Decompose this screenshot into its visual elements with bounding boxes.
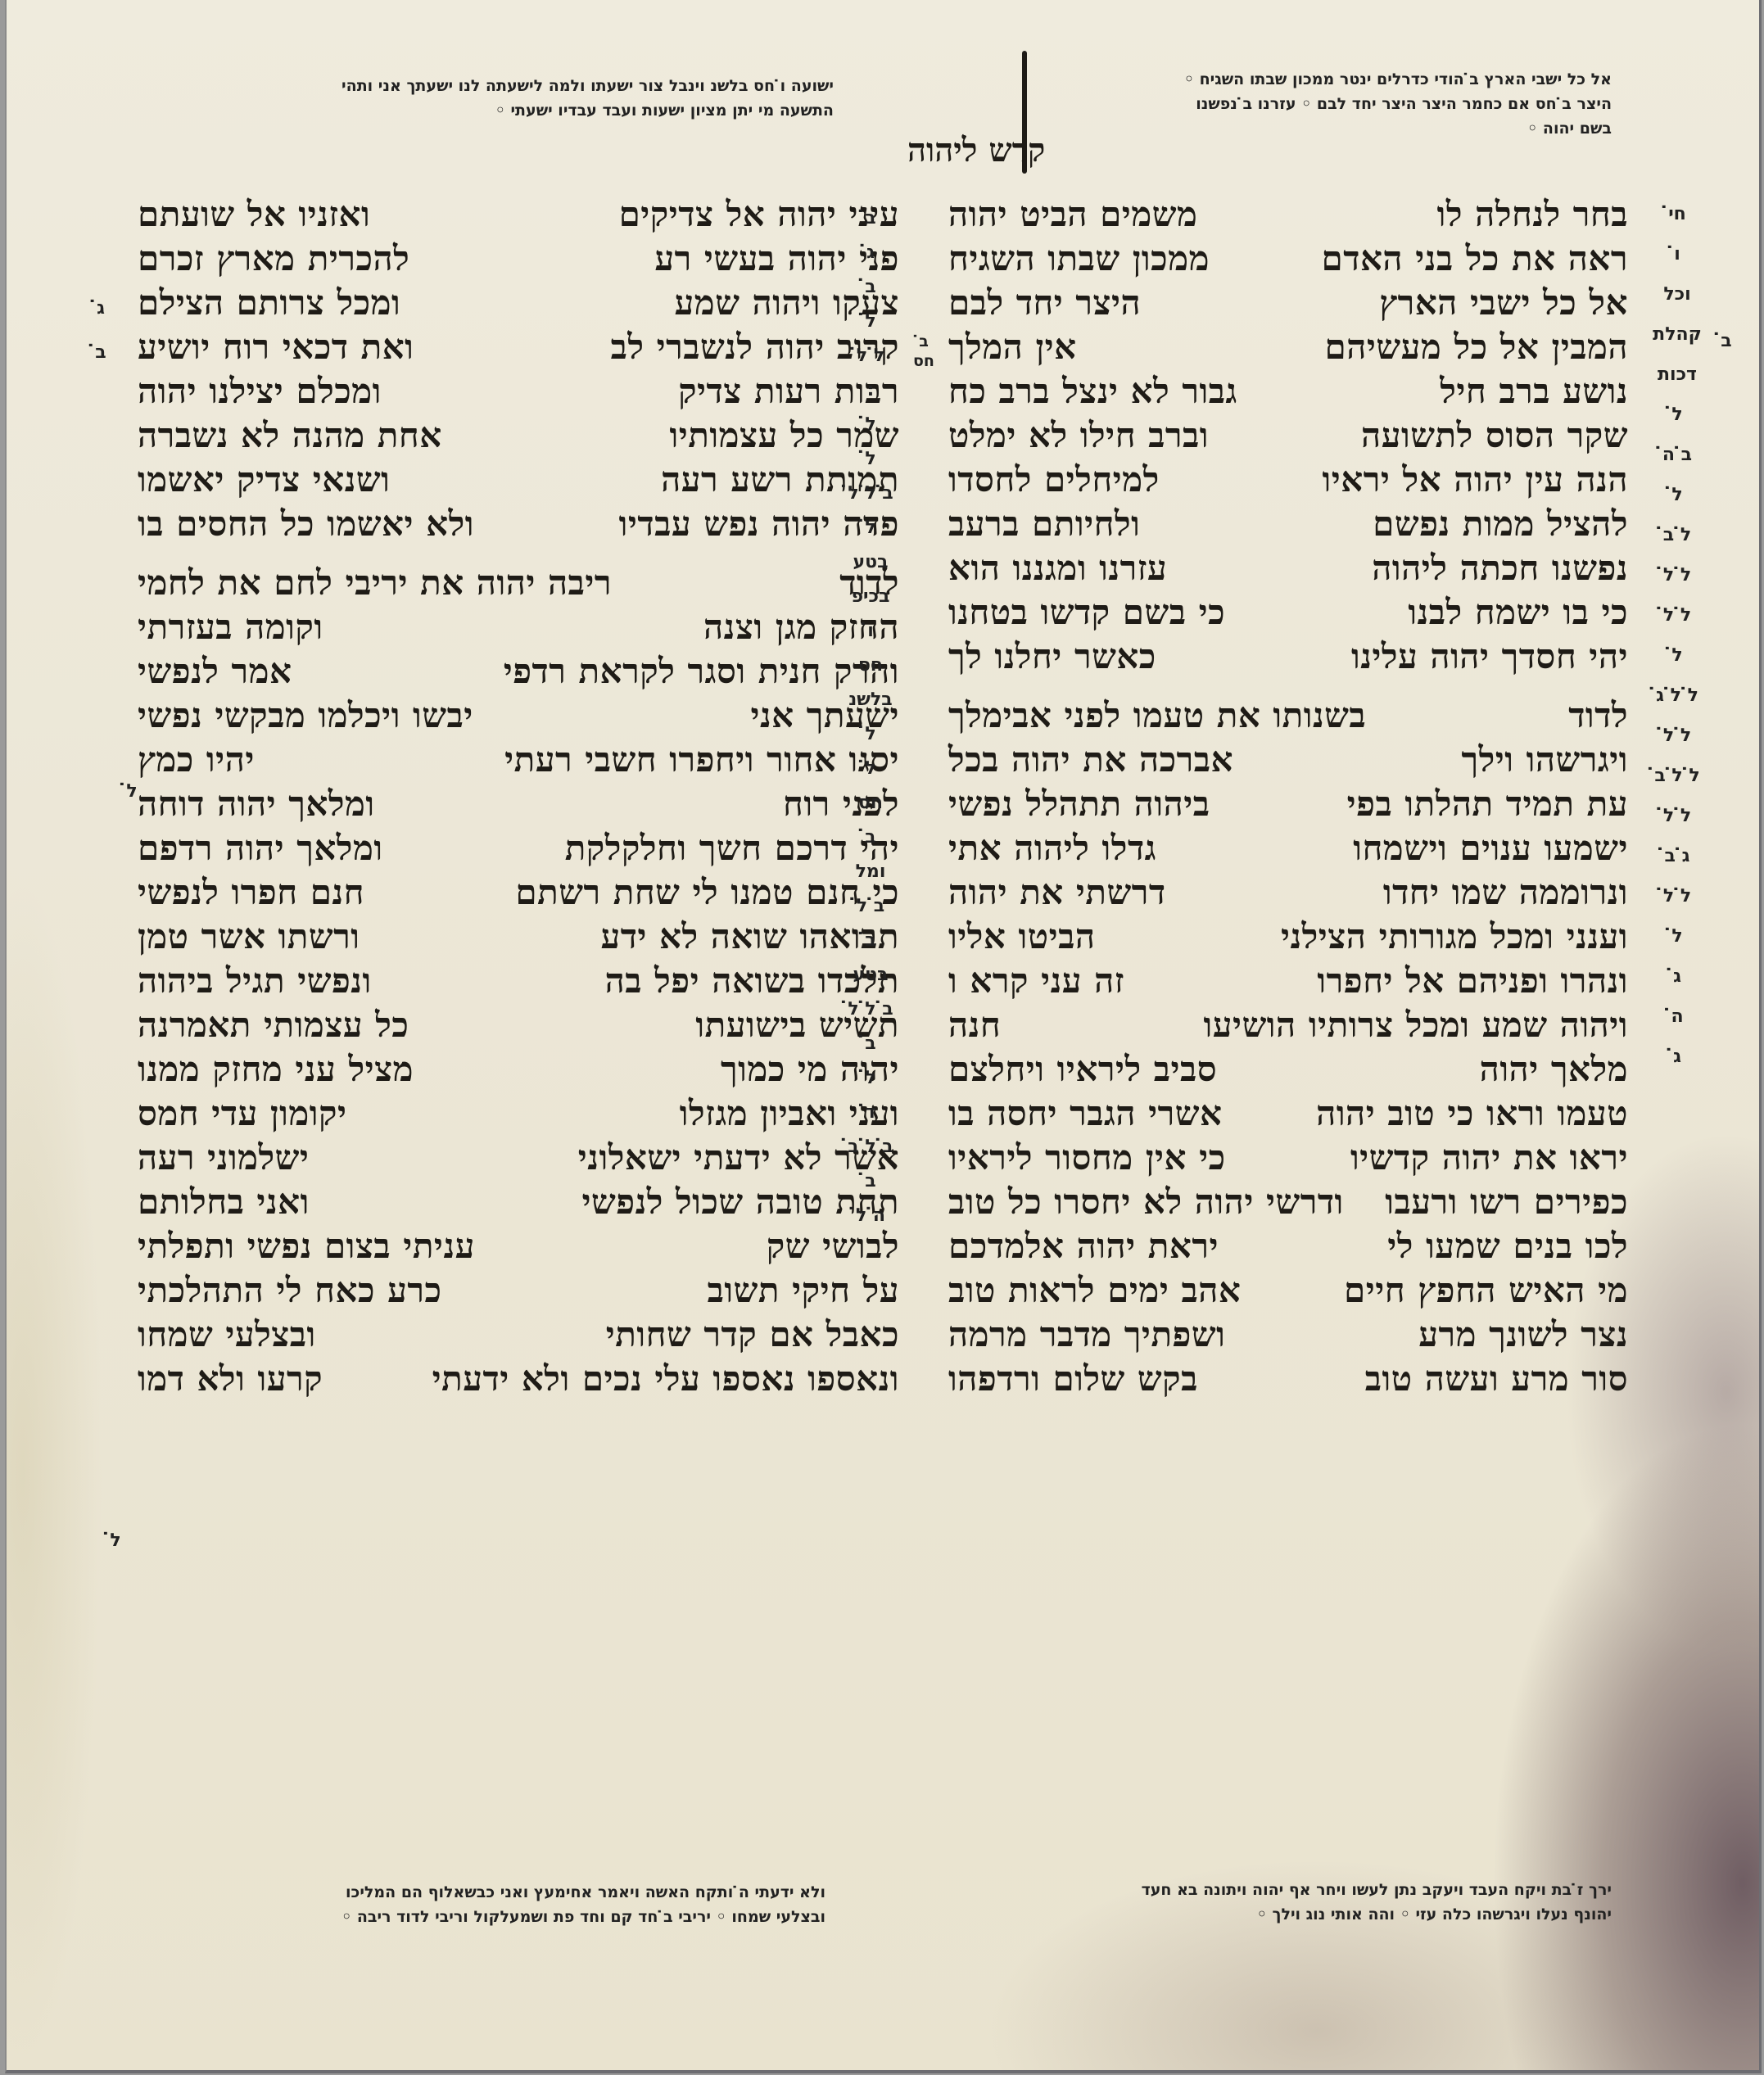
hemistich-first: נושע ברב חיל [1440,369,1628,414]
hemistich-first: טעמו וראו כי טוב יהוה [1316,1092,1628,1136]
masorah-top-right: אל כל ישבי הארץ ב̇ הודי כדרלים ינטר ממכו… [989,67,1612,141]
hemistich-first: לדוד [1568,694,1628,738]
hemistich-second: זה עני קרא ו [948,959,1124,1003]
verse-line: שקר הסוס לתשועהוברב חילו לא ימלט [948,414,1628,458]
masorah-line: ירך ז̇ בת ויקח העבד ויעקב נתן לעשו ויחר … [957,1878,1612,1902]
hemistich-second: עזרנו ומגננו הוא [948,546,1167,590]
hemistich-second: יקומון עדי חמס [138,1092,346,1136]
hemistich-second: אחת מהנה לא נשברה [138,414,442,458]
hemistich-second: ומלאך יהוה דוחה [138,782,375,826]
hemistich-second: ושפתיך מדבר מרמה [948,1313,1225,1357]
verse-line: יסגו אחור ויחפרו חשבי רעתייהיו כמץ [138,738,899,782]
hemistich-first: מי האיש החפץ חיים [1344,1268,1628,1313]
hemistich-first: ראה את כל בני האדם [1322,237,1628,281]
hemistich-first: כאבל אם קדר שחותי [606,1313,899,1357]
margin-note: חס [907,351,940,371]
margin-note: ב̇ [834,278,907,312]
masorah-line: היצר ב̇ חס אם כחמר היצר היצר יחד לבם ◦ ע… [989,92,1612,116]
hemistich-first: המבין אל כל מעשיהם [1325,325,1628,369]
margin-note: ב̇ [834,1034,907,1069]
margin-note: דכות [1653,365,1702,405]
hemistich-second: יהיו כמץ [138,738,255,782]
margin-note: ל̇ ל̇ [1653,726,1702,766]
margin-note: ו̇ [1653,245,1702,285]
verse-line: יראו את יהוה קדשיוכי אין מחסור ליראיו [948,1136,1628,1180]
margin-note: ל̇ [834,725,907,759]
verse-line: אל כל ישבי הארץהיצר יחד לבם [948,281,1628,325]
margin-note: ג̇ [834,243,907,278]
hemistich-first: סור מרע ועשה טוב [1365,1357,1628,1401]
hemistich-second: עניתי בצום נפשי ותפלתי [138,1224,475,1268]
hemistich-second: קרעו ולא דמו [138,1357,323,1401]
masorah-line: אל כל ישבי הארץ ב̇ הודי כדרלים ינטר ממכו… [989,67,1612,92]
margin-note: ו̇ [834,622,907,656]
verse-line: מי האיש החפץ חייםאהב ימים לראות טוב [948,1268,1628,1313]
verse-line: כי חנם טמנו לי שחת רשתםחנם חפרו לנפשי [138,870,899,915]
hemistich-second: הביטו אליו [948,915,1096,959]
verse-line: ישמעו ענוים וישמחוגדלו ליהוה אתי [948,826,1628,870]
hemistich-second: ורשתו אשר טמן [138,915,360,959]
margin-note: ל̇ [1653,405,1702,445]
manuscript-page: אל כל ישבי הארץ ב̇ הודי כדרלים ינטר ממכו… [5,0,1762,2073]
verse-line: נושע ברב חילגבור לא ינצל ברב כח [948,369,1628,414]
verse-line: תלכדו בשואה יפל בהונפשי תגיל ביהוה [138,959,899,1003]
masorah-line: ולא ידעתי ה̇ ותקח האשה ויאמר אחימעץ ואני… [154,1880,825,1905]
verse-line: והרק חנית וסגר לקראת רדפיאמר לנפשי [138,649,899,694]
hemistich-second: היצר יחד לבם [948,281,1141,325]
margin-note: ל̇ [834,450,907,484]
hemistich-second: להכרית מארץ זכרם [138,237,409,281]
margin-note: ל̇ ל̇ [834,346,907,381]
hemistich-second: ומכלם יצילנו יהוה [138,369,382,414]
margin-note: ג̇ [1653,967,1702,1007]
hemistich-second: אהב ימים לראות טוב [948,1268,1241,1313]
hemistich-first: נצר לשונך מרע [1418,1313,1628,1357]
hemistich-second: ריבה יהוה את יריבי לחם את לחמי [138,561,612,605]
margin-note: ל̇ [1653,927,1702,967]
hemistich-first: להציל ממות נפשם [1373,502,1628,546]
margin-note: ל̇ ל̇ [1653,566,1702,606]
margin-note: ל̇ [1653,486,1702,526]
hemistich-first: הנה עין יהוה אל יראיו [1322,458,1628,502]
hemistich-second: מציל עני מחזק ממנו [138,1047,414,1092]
margin-note: ל̇ [834,312,907,346]
verse-line: כפירים רשו ורעבוודרשי יהוה לא יחסרו כל ט… [948,1180,1628,1224]
margin-note: ב̇ [88,343,113,387]
hemistich-second: ודרשי יהוה לא יחסרו כל טוב [948,1180,1344,1224]
verse-line: ישעתך אנייבשו ויכלמו מבקשי נפשי [138,694,899,738]
hemistich-second: וברב חילו לא ימלט [948,414,1209,458]
verse-line: לדודריבה יהוה את יריבי לחם את לחמי [138,561,899,605]
text-column-left: עיני יהוה אל צדיקיםואזניו אל שועתםפני יה… [138,192,899,1401]
margin-note: ד̇ [834,1103,907,1137]
hemistich-second: ממכון שבתו השגיח [948,237,1210,281]
hemistich-second: כל עצמותי תאמרנה [138,1003,409,1047]
margin-note: ג̇ [1653,1047,1702,1087]
masorah-line: ובצלעי שמחו ◦ יריבי ב̇ חד קם וחד פת ושמע… [154,1905,825,1929]
text-column-right: בחר לנחלה לומשמים הביט יהוהראה את כל בני… [948,192,1628,1401]
hemistich-second: גבור לא ינצל ברב כח [948,369,1237,414]
hemistich-first: ונהרו ופניהם אל יחפרו [1317,959,1628,1003]
hemistich-second: כי בשם קדשו בטחנו [948,590,1225,635]
margin-note: ב̇ ל̇ [834,897,907,931]
hemistich-second: ואני בחלותם [138,1180,310,1224]
margin-note: ל̇ [834,1069,907,1103]
hemistich-second: ומכל צרותם הצילם [138,281,400,325]
margin-note: ל̇ ל̇ ג̇ [1653,686,1702,726]
hemistich-second: ושנאי צדיק יאשמו [138,458,390,502]
heading-kodesh-lashem: קדש ליהוה [907,131,1045,170]
hemistich-second: בשנותו את טעמו לפני אבימלך [948,694,1366,738]
hemistich-second: כאשר יחלנו לך [948,635,1156,694]
masorah-bottom-right: ירך ז̇ בת ויקח העבד ויעקב נתן לעשו ויחר … [957,1878,1612,1927]
verse-line: ונרוממה שמו יחדודרשתי את יהוה [948,870,1628,915]
margin-note: חס [834,793,907,828]
hemistich-first: ויהוה שמע ומכל צרותיו הושיעו [1204,1003,1628,1047]
margin-note-far-right-b: ב̇ [1714,332,1739,351]
hemistich-first: לכו בנים שמעו לי [1387,1224,1628,1268]
hemistich-second: ומלאך יהוה רדפם [138,826,383,870]
margin-note: ב̇ ל̇ ל̇ [834,1000,907,1034]
verse-line: תמותת רשע רעהושנאי צדיק יאשמו [138,458,899,502]
verse-line: עת תמיד תהלתו בפיביהוה תתהלל נפשי [948,782,1628,826]
margin-note: חס [834,656,907,690]
margin-note: ג̇ [88,299,113,343]
verse-line: תשיש בישועתוכל עצמותי תאמרנה [138,1003,899,1047]
hemistich-first: על חיקי תשוב [708,1268,899,1313]
hemistich-first: וענני ומכל מגורותי הצילני [1281,915,1628,959]
hemistich-second: למיחלים לחסדו [948,458,1160,502]
hemistich-first: מלאך יהוה [1480,1047,1628,1092]
hemistich-first: שקר הסוס לתשועה [1361,414,1628,458]
hemistich-second: אברכה את יהוה בכל [948,738,1233,782]
margin-note: ב̇ ה̇ [1653,445,1702,486]
hemistich-first: יהי חסדך יהוה עלינו [1351,635,1628,694]
hemistich-second: חנה [948,1003,1001,1047]
hemistich-first: יראו את יהוה קדשיו [1350,1136,1628,1180]
masorah-line: התשעה מי יתן מציון ישעות ועבד עבדיו ישעת… [146,98,834,123]
hemistich-first: כי בו ישמח לבנו [1408,590,1628,635]
verse-line: החזק מגן וצנהוקומה בעזרתי [138,605,899,649]
verse-line: קרוב יהוה לנשברי לבואת דכאי רוח יושיע [138,325,899,369]
hemistich-second: ולא יאשמו כל החסים בו [138,502,474,561]
margin-note: בטע [834,553,907,587]
margin-note: בטע [834,965,907,1000]
verse-line: בחר לנחלה לומשמים הביט יהוה [948,192,1628,237]
hemistich-second: אין המלך [948,325,1077,369]
verse-line: ונהרו ופניהם אל יחפרוזה עני קרא ו [948,959,1628,1003]
hemistich-first: נפשנו חכתה ליהוה [1372,546,1628,590]
verse-line: טעמו וראו כי טוב יהוהאשרי הגבר יחסה בו [948,1092,1628,1136]
margin-note: חי̇ [1653,205,1702,245]
masorah-line: בשם יהוה ◦ [989,116,1612,141]
hemistich-second: יבשו ויכלמו מבקשי נפשי [138,694,473,738]
margin-note: ג̇ ב̇ [1653,847,1702,887]
hemistich-first: אל כל ישבי הארץ [1379,281,1628,325]
verse-line: נצר לשונך מרעושפתיך מדבר מרמה [948,1313,1628,1357]
hemistich-second: ישלמוני רעה [138,1136,309,1180]
margin-note: ומל [834,862,907,897]
hemistich-second: ובצלעי שמחו [138,1313,316,1357]
hemistich-first: ונאספו נאספו עלי נכים ולא ידעתי [432,1357,899,1401]
verse-line: הנה עין יהוה אל יראיולמיחלים לחסדו [948,458,1628,502]
margin-note: ל̇ ב̇ [1653,526,1702,566]
hemistich-second: ואזניו אל שועתם [138,192,370,237]
hemistich-first: עת תמיד תהלתו בפי [1347,782,1628,826]
masorah-line: יהונף נעלו ויגרשהו כלה עזי ◦ והה אותי נו… [957,1902,1612,1927]
verse-line: לפני רוחומלאך יהוה דוחה [138,782,899,826]
margin-note: וכל [1653,285,1702,325]
hemistich-first: ויגרשהו וילך [1461,738,1628,782]
margin-note: ל̇ [103,1531,128,1551]
margin-note: ה̇ ל̇ [834,1206,907,1241]
masorah-line: ישועה ו̇ חס בלשנ וינבל צור ישעתו ולמה לי… [146,74,834,98]
hemistich-second: משמים הביט יהוה [948,192,1197,237]
hemistich-second: חנם חפרו לנפשי [138,870,364,915]
hemistich-second: ולחיותם ברעב [948,502,1140,546]
margin-note: ל̇ [834,518,907,553]
margin-note: ל̇ [834,415,907,450]
hemistich-second: סביב ליראיו ויחלצם [948,1047,1217,1092]
margin-note: בלשנ [834,690,907,725]
hemistich-second: דרשתי את יהוה [948,870,1166,915]
verse-line: פדה יהוה נפש עבדיוולא יאשמו כל החסים בו [138,502,899,561]
margin-note: ב̇ [834,209,907,243]
verse-line: לבושי שקעניתי בצום נפשי ותפלתי [138,1224,899,1268]
hemistich-second: אשרי הגבר יחסה בו [948,1092,1223,1136]
margin-note: ׃ [834,381,907,415]
margin-note: ב̇ [834,931,907,965]
verse-line: ויהוה שמע ומכל צרותיו הושיעוחנה [948,1003,1628,1047]
margin-notes-far-right: חי̇ו̇וכלקהלתדכותל̇ב̇ ה̇ל̇ל̇ ב̇ל̇ ל̇ל̇ ל̇… [1653,205,1702,1087]
hemistich-second: בקש שלום ורדפהו [948,1357,1198,1401]
hemistich-second: ונפשי תגיל ביהוה [138,959,372,1003]
margin-notes-center-right: ב̇ חס [907,332,940,371]
verse-line: ועני ואביון מגזלויקומון עדי חמס [138,1092,899,1136]
verse-line: תבואהו שואה לא ידעורשתו אשר טמן [138,915,899,959]
margin-note: ל̇ [1653,646,1702,686]
verse-line: להציל ממות נפשםולחיותם ברעב [948,502,1628,546]
margin-note: ל̇ [834,759,907,793]
margin-note: ב̇ ל̇ ל̇ [834,484,907,518]
hemistich-second: כי אין מחסור ליראיו [948,1136,1226,1180]
verse-line: ונאספו נאספו עלי נכים ולא ידעתיקרעו ולא … [138,1357,899,1401]
hemistich-second: גדלו ליהוה אתי [948,826,1156,870]
hemistich-first: כפירים רשו ורעבו [1385,1180,1628,1224]
hemistich-second: ואת דכאי רוח יושיע [138,325,414,369]
margin-note: ב̇ [907,332,940,351]
masorah-top-left: ישועה ו̇ חס בלשנ וינבל צור ישעתו ולמה לי… [146,74,834,123]
verse-line: יהי דרכם חשך וחלקלקתומלאך יהוה רדפם [138,826,899,870]
verse-line: לדודבשנותו את טעמו לפני אבימלך [948,694,1628,738]
margin-note: ל̇ [120,782,144,802]
verse-line: ויגרשהו וילךאברכה את יהוה בכל [948,738,1628,782]
verse-line: נפשנו חכתה ליהוהעזרנו ומגננו הוא [948,546,1628,590]
margin-notes-far-left: ג̇ ב̇ [88,299,113,387]
verse-line: יהי חסדך יהוה עלינוכאשר יחלנו לך [948,635,1628,694]
verse-line: עיני יהוה אל צדיקיםואזניו אל שועתם [138,192,899,237]
verse-line: צעקו ויהוה שמעומכל צרותם הצילם [138,281,899,325]
verse-line: שמר כל עצמותיואחת מהנה לא נשברה [138,414,899,458]
hemistich-first: ונרוממה שמו יחדו [1383,870,1628,915]
verse-line: רבות רעות צדיקומכלם יצילנו יהוה [138,369,899,414]
margin-note: ל̇ ל̇ ב̇ [1653,766,1702,807]
margin-notes-center: ב̇ג̇ב̇ל̇ל̇ ל̇׃ל̇ל̇ב̇ ל̇ ל̇ל̇בטעבכיפו̇חסב… [834,209,907,1241]
verse-line: פני יהוה בעשי רעלהכרית מארץ זכרם [138,237,899,281]
hemistich-second: כרע כאח לי התהלכתי [138,1268,442,1313]
hemistich-second: וקומה בעזרתי [138,605,323,649]
verse-line: על חיקי תשובכרע כאח לי התהלכתי [138,1268,899,1313]
margin-note: בכיפ [834,587,907,622]
margin-note: ה̇ [1653,1007,1702,1047]
margin-note: קהלת [1653,325,1702,365]
margin-note: ב̇ ל̇ ב̇ [834,1137,907,1172]
margin-note: ב̇ [834,828,907,862]
hemistich-first: ישמעו ענוים וישמחו [1353,826,1628,870]
hemistich-second: יראת יהוה אלמדכם [948,1224,1219,1268]
hemistich-second: אמר לנפשי [138,649,292,694]
verse-line: מלאך יהוהסביב ליראיו ויחלצם [948,1047,1628,1092]
hemistich-first: בחר לנחלה לו [1437,192,1628,237]
verse-line: וענני ומכל מגורותי הצילניהביטו אליו [948,915,1628,959]
margin-note: ל̇ ל̇ [1653,606,1702,646]
margin-note: ב̇ [834,1172,907,1206]
verse-line: כאבל אם קדר שחותיובצלעי שמחו [138,1313,899,1357]
verse-line: תחת טובה שכול לנפשיואני בחלותם [138,1180,899,1224]
verse-line: המבין אל כל מעשיהםאין המלך [948,325,1628,369]
verse-line: יהוה מי כמוךמציל עני מחזק ממנו [138,1047,899,1092]
margin-note: ל̇ ל̇ [1653,807,1702,847]
hemistich-second: ביהוה תתהלל נפשי [948,782,1210,826]
verse-line: כי בו ישמח לבנוכי בשם קדשו בטחנו [948,590,1628,635]
verse-line: לכו בנים שמעו לייראת יהוה אלמדכם [948,1224,1628,1268]
masorah-bottom-left: ולא ידעתי ה̇ ותקח האשה ויאמר אחימעץ ואני… [154,1880,825,1929]
margin-note: ל̇ ל̇ [1653,887,1702,927]
verse-line: סור מרע ועשה טובבקש שלום ורדפהו [948,1357,1628,1401]
verse-line: אשר לא ידעתי ישאלוניישלמוני רעה [138,1136,899,1180]
verse-line: ראה את כל בני האדםממכון שבתו השגיח [948,237,1628,281]
